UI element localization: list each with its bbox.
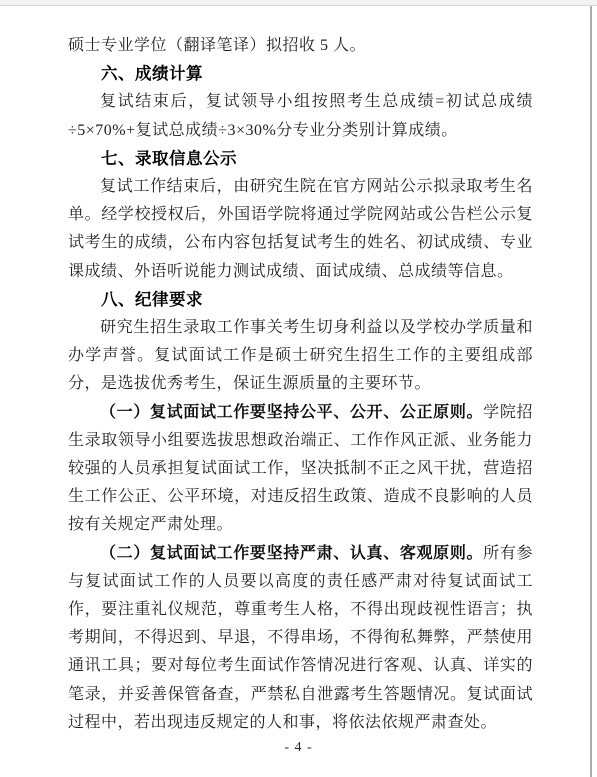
subsection-bold-lead-fairness: （一）复试面试工作要坚持公平、公开、公正原则。 bbox=[100, 404, 483, 421]
document-page: 硕士专业学位（翻译笔译）拟招收 5 人。 六、成绩计算 复试结束后，复试领导小组… bbox=[0, 0, 597, 777]
subsection-bold-lead-seriousness: （二）复试面试工作要坚持严肃、认真、客观原则。 bbox=[100, 545, 483, 562]
page-top-edge bbox=[0, 0, 597, 6]
subsection-paragraph-fairness: （一）复试面试工作要坚持公平、公开、公正原则。学院招生录取领导小组要选拔思想政治… bbox=[68, 399, 533, 540]
section-heading-discipline-requirements: 八、纪律要求 bbox=[68, 286, 533, 314]
section-body-admission-publicity: 复试工作结束后，由研究生院在官方网站公示拟录取考生名单。经学校授权后，外国语学院… bbox=[68, 173, 533, 286]
section-heading-admission-publicity: 七、录取信息公示 bbox=[68, 145, 533, 173]
section-body-discipline-requirements: 研究生招生录取工作事关考生切身利益以及学校办学质量和办学声誉。复试面试工作是硕士… bbox=[68, 314, 533, 399]
intro-continuation-paragraph: 硕士专业学位（翻译笔译）拟招收 5 人。 bbox=[68, 32, 533, 60]
section-body-score-calculation: 复试结束后，复试领导小组按照考生总成绩=初试总成绩÷5×70%+复试总成绩÷3×… bbox=[68, 88, 533, 144]
document-content: 硕士专业学位（翻译笔译）拟招收 5 人。 六、成绩计算 复试结束后，复试领导小组… bbox=[68, 32, 533, 737]
section-heading-score-calculation: 六、成绩计算 bbox=[68, 60, 533, 88]
subsection-paragraph-seriousness: （二）复试面试工作要坚持严肃、认真、客观原则。所有参与复试面试工作的人员要以高度… bbox=[68, 540, 533, 737]
subsection-text-fairness: 学院招生录取领导小组要选拔思想政治端正、工作作风正派、业务能力较强的人员承担复试… bbox=[68, 404, 533, 534]
page-number: - 4 - bbox=[0, 740, 597, 756]
subsection-text-seriousness: 所有参与复试面试工作的人员要以高度的责任感严肃对待复试面试工作，要注重礼仪规范，… bbox=[68, 545, 533, 731]
page-right-edge bbox=[590, 6, 592, 777]
